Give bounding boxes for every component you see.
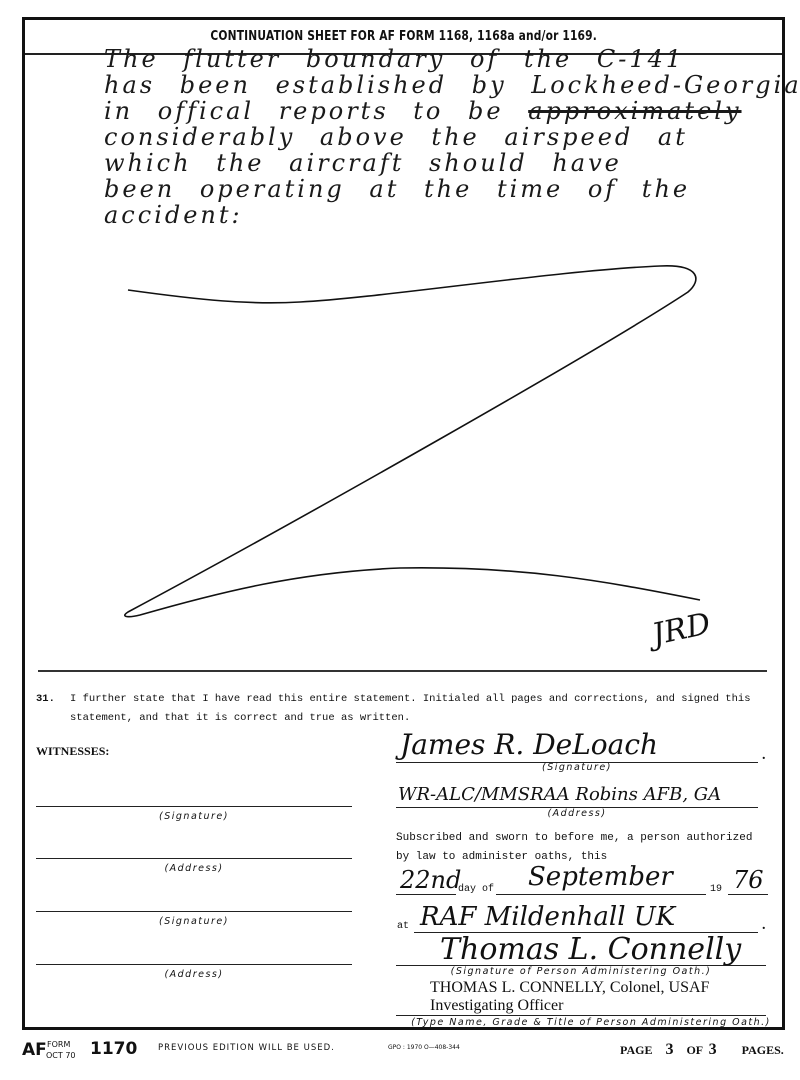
footer-page-info: PAGE 3 OF 3 PAGES. — [620, 1041, 784, 1071]
oath-month: September — [528, 862, 673, 892]
certification-statement: 31. I further state that I have read thi… — [36, 690, 776, 728]
oath-day-field[interactable] — [396, 894, 456, 895]
oath-year-field[interactable] — [728, 894, 768, 895]
administrator-name-caption: (Type Name, Grade & Title of Person Admi… — [396, 1017, 786, 1028]
oath-location: RAF Mildenhall UK — [420, 902, 675, 932]
witness-signature-2-field[interactable] — [36, 911, 352, 912]
footer-form-label: FORM — [47, 1040, 70, 1049]
footer-pages-label: PAGES. — [742, 1043, 784, 1057]
oath-year: 76 — [733, 866, 764, 894]
oath-day-label: day of — [458, 884, 494, 895]
statement-signature-caption: (Signature) — [396, 762, 758, 773]
certification-text: I further state that I have read this en… — [70, 690, 776, 728]
witness-signature-1-caption: (Signature) — [36, 811, 352, 822]
administrator-signature-caption: (Signature of Person Administering Oath.… — [396, 966, 766, 977]
witness-address-2-field[interactable] — [36, 964, 352, 965]
oath-at-label: at — [397, 921, 409, 932]
witness-signature-1-field[interactable] — [36, 806, 352, 807]
witnesses-label: WITNESSES: — [36, 744, 109, 759]
period-mark: . — [762, 748, 766, 764]
statement-address: WR-ALC/MMSRAA Robins AFB, GA — [398, 784, 721, 805]
witness-address-1-caption: (Address) — [36, 863, 352, 874]
footer-of-label: OF — [686, 1043, 702, 1057]
statement-signature: James R. DeLoach — [400, 728, 658, 761]
administrator-title: Investigating Officer — [430, 996, 563, 1015]
administrator-name-field[interactable] — [396, 1015, 766, 1016]
footer-page-total: 3 — [709, 1041, 717, 1058]
footer-previous-edition: PREVIOUS EDITION WILL BE USED. — [158, 1043, 335, 1073]
administrator-name: THOMAS L. CONNELLY, Colonel, USAF — [430, 978, 709, 997]
oath-text-line-1: Subscribed and sworn to before me, a per… — [396, 829, 752, 848]
witness-address-2-caption: (Address) — [36, 969, 352, 980]
oath-year-prefix: 19 — [710, 884, 722, 895]
period-mark: . — [762, 918, 766, 934]
oath-day: 22nd — [400, 866, 461, 894]
footer-edition-date: OCT 70 — [46, 1051, 76, 1060]
footer-af: AF — [22, 1040, 47, 1060]
witness-address-1-field[interactable] — [36, 858, 352, 859]
statement-address-caption: (Address) — [396, 808, 758, 819]
footer-form-number: 1170 — [90, 1039, 137, 1059]
administrator-signature: Thomas L. Connelly — [440, 932, 741, 967]
footer-page-current: 3 — [665, 1041, 673, 1058]
footer-page-label: PAGE — [620, 1043, 652, 1057]
section-divider — [38, 670, 767, 672]
witness-signature-2-caption: (Signature) — [36, 916, 352, 927]
item-number: 31. — [36, 690, 55, 709]
oath-month-field[interactable] — [496, 894, 706, 895]
footer-gpo: GPO : 1970 O—408-344 — [388, 1044, 460, 1074]
